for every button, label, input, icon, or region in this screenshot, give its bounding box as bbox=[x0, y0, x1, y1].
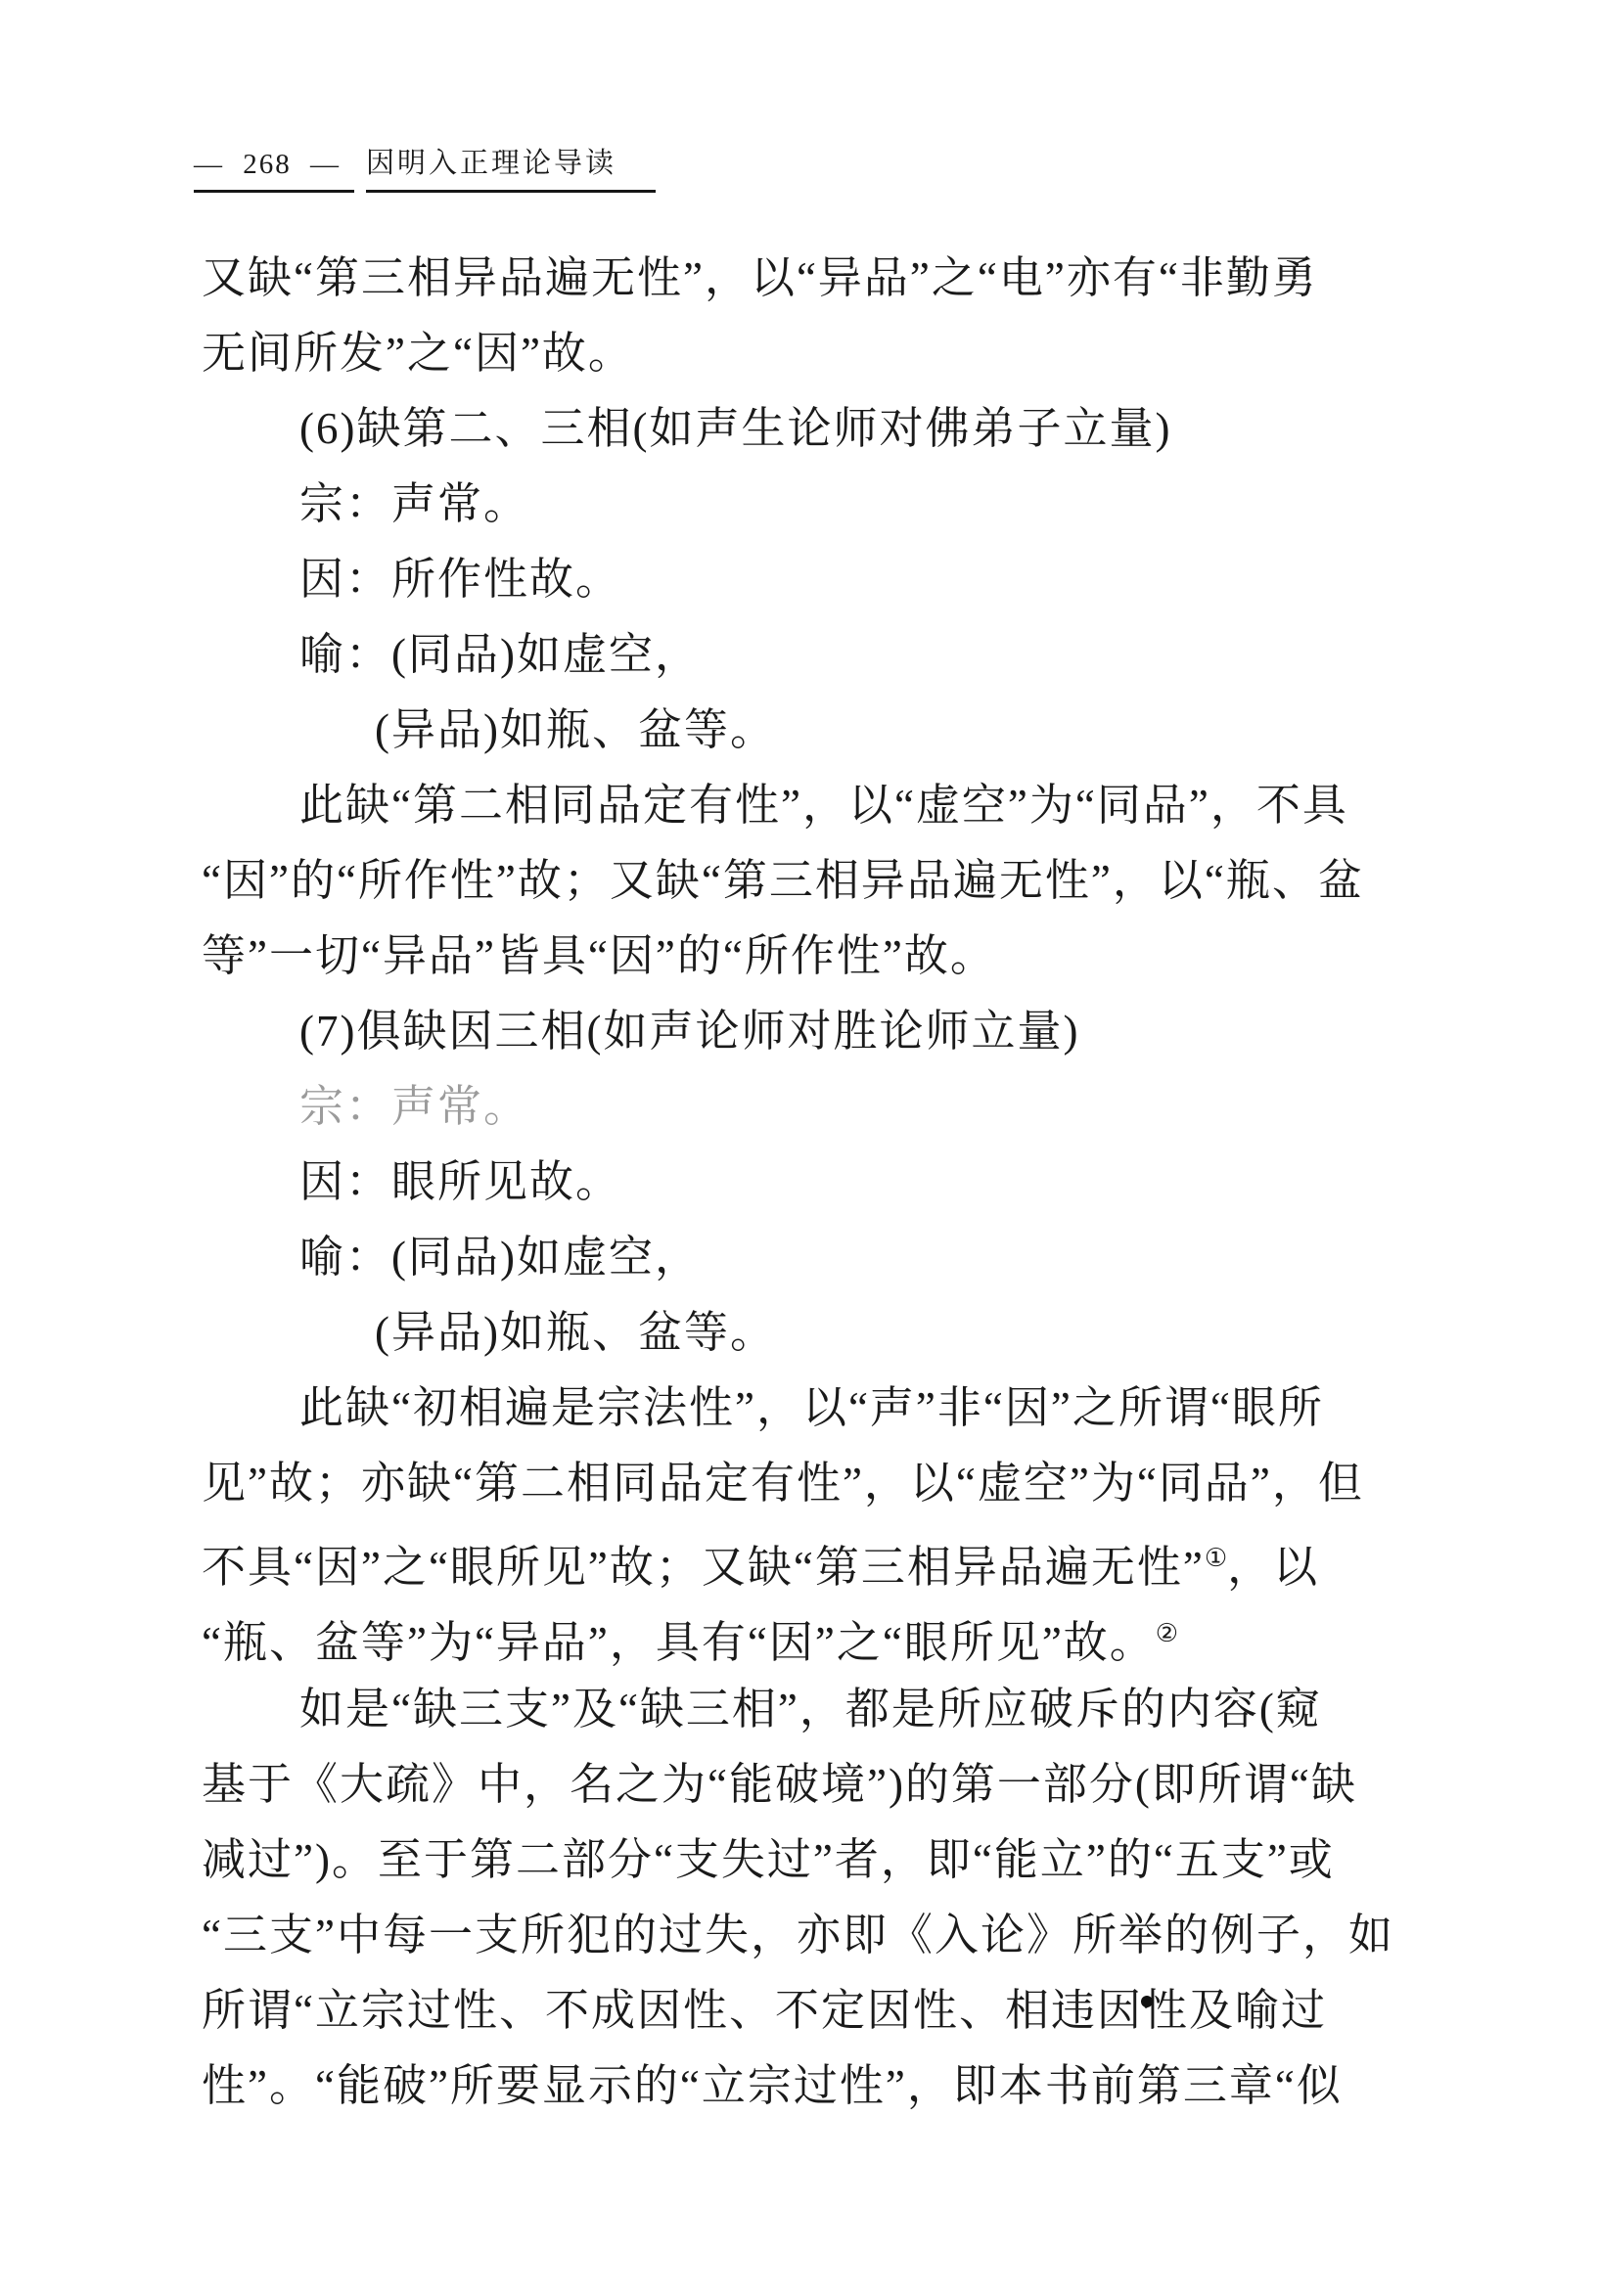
text-line: 无间所发”之“因”故。 bbox=[202, 316, 1483, 391]
line-text: 宗：声常。 bbox=[299, 479, 529, 528]
line-text: (异品)如瓶、盆等。 bbox=[375, 1308, 776, 1357]
footnote-ref: ② bbox=[1156, 1619, 1178, 1648]
text-line: 宗：声常。 bbox=[202, 467, 1483, 542]
text-line: (异品)如瓶、盆等。 bbox=[202, 1295, 1483, 1371]
line-text: 喻：(同品)如虚空， bbox=[299, 630, 701, 679]
text-line: “瓶、盆等”为“异品”，具有“因”之“眼所见”故。② bbox=[202, 1597, 1483, 1672]
text-line: “三支”中每一支所犯的过失，亦即《入论》所举的例子，如 bbox=[202, 1898, 1483, 1973]
text-line: 因：所作性故。 bbox=[202, 542, 1483, 617]
line-text: (7)俱缺因三相(如声论师对胜论师立量) bbox=[299, 1007, 1079, 1056]
text-line: 此缺“第二相同品定有性”，以“虚空”为“同品”，不具 bbox=[202, 768, 1483, 843]
line-text: 基于《大疏》中，名之为“能破境”)的第一部分(即所谓“缺 bbox=[202, 1760, 1357, 1809]
page-header: — 268 — 因明入正理论导读 bbox=[194, 141, 656, 193]
text-line: 此缺“初相遍是宗法性”，以“声”非“因”之所谓“眼所 bbox=[202, 1371, 1483, 1446]
line-text: 等”一切“异品”皆具“因”的“所作性”故。 bbox=[202, 931, 996, 980]
header-right-dash: — bbox=[310, 149, 341, 180]
line-text: (异品)如瓶、盆等。 bbox=[375, 705, 776, 754]
line-text: “瓶、盆等”为“异品”，具有“因”之“眼所见”故。 bbox=[202, 1618, 1156, 1667]
text-line: (7)俱缺因三相(如声论师对胜论师立量) bbox=[202, 994, 1483, 1069]
line-text: 因：眼所见故。 bbox=[299, 1157, 621, 1206]
line-text: 此缺“初相遍是宗法性”，以“声”非“因”之所谓“眼所 bbox=[299, 1383, 1324, 1432]
page-number: 268 bbox=[243, 149, 292, 180]
line-text: 此缺“第二相同品定有性”，以“虚空”为“同品”，不具 bbox=[299, 781, 1348, 830]
line-text: 宗：声常。 bbox=[299, 1082, 529, 1131]
line-text: ，以 bbox=[1227, 1543, 1319, 1592]
ink-speck bbox=[1141, 1996, 1153, 2007]
text-line: 等”一切“异品”皆具“因”的“所作性”故。 bbox=[202, 919, 1483, 994]
text-line: 喻：(同品)如虚空， bbox=[202, 617, 1483, 693]
text-line: (异品)如瓶、盆等。 bbox=[202, 693, 1483, 768]
text-line: 性”。“能破”所要显示的“立宗过性”，即本书前第三章“似 bbox=[202, 2048, 1483, 2124]
header-left-dash: — bbox=[194, 149, 224, 180]
text-line: 所谓“立宗过性、不成因性、不定因性、相违因性及喻过 bbox=[202, 1973, 1483, 2048]
line-text: 减过”)。至于第二部分“支失过”者，即“能立”的“五支”或 bbox=[202, 1835, 1335, 1884]
line-text: 如是“缺三支”及“缺三相”，都是所应破斥的内容(窥 bbox=[299, 1685, 1322, 1733]
line-text: “因”的“所作性”故；又缺“第三相异品遍无性”，以“瓶、盆 bbox=[202, 856, 1364, 905]
text-line: 又缺“第三相异品遍无性”，以“异品”之“电”亦有“非勤勇 bbox=[202, 241, 1483, 316]
line-text: 性”。“能破”所要显示的“立宗过性”，即本书前第三章“似 bbox=[202, 2061, 1343, 2110]
text-line: 喻：(同品)如虚空， bbox=[202, 1220, 1483, 1295]
footnote-ref: ① bbox=[1205, 1544, 1227, 1573]
line-text: 不具“因”之“眼所见”故；又缺“第三相异品遍无性” bbox=[202, 1543, 1205, 1592]
page-body: 又缺“第三相异品遍无性”，以“异品”之“电”亦有“非勤勇无间所发”之“因”故。(… bbox=[202, 241, 1483, 2124]
text-line: 因：眼所见故。 bbox=[202, 1145, 1483, 1220]
line-text: “三支”中每一支所犯的过失，亦即《入论》所举的例子，如 bbox=[202, 1911, 1394, 1959]
line-text: 又缺“第三相异品遍无性”，以“异品”之“电”亦有“非勤勇 bbox=[202, 253, 1318, 302]
line-text: 见”故；亦缺“第二相同品定有性”，以“虚空”为“同品”，但 bbox=[202, 1459, 1364, 1508]
line-text: (6)缺第二、三相(如声生论师对佛弟子立量) bbox=[299, 404, 1171, 453]
line-text: 无间所发”之“因”故。 bbox=[202, 329, 634, 378]
book-page: — 268 — 因明入正理论导读 又缺“第三相异品遍无性”，以“异品”之“电”亦… bbox=[0, 0, 1597, 2296]
text-line: 基于《大疏》中，名之为“能破境”)的第一部分(即所谓“缺 bbox=[202, 1747, 1483, 1823]
book-title: 因明入正理论导读 bbox=[366, 141, 656, 193]
page-number-block: — 268 — bbox=[194, 149, 354, 193]
line-text: 喻：(同品)如虚空， bbox=[299, 1233, 701, 1282]
text-line: (6)缺第二、三相(如声生论师对佛弟子立量) bbox=[202, 391, 1483, 467]
text-line: “因”的“所作性”故；又缺“第三相异品遍无性”，以“瓶、盆 bbox=[202, 843, 1483, 919]
text-line: 如是“缺三支”及“缺三相”，都是所应破斥的内容(窥 bbox=[202, 1672, 1483, 1747]
text-line: 宗：声常。 bbox=[202, 1069, 1483, 1145]
text-line: 不具“因”之“眼所见”故；又缺“第三相异品遍无性”①，以 bbox=[202, 1521, 1483, 1597]
line-text: 因：所作性故。 bbox=[299, 555, 621, 604]
text-line: 减过”)。至于第二部分“支失过”者，即“能立”的“五支”或 bbox=[202, 1823, 1483, 1898]
line-text: 所谓“立宗过性、不成因性、不定因性、相违因性及喻过 bbox=[202, 1986, 1327, 2035]
text-line: 见”故；亦缺“第二相同品定有性”，以“虚空”为“同品”，但 bbox=[202, 1446, 1483, 1521]
